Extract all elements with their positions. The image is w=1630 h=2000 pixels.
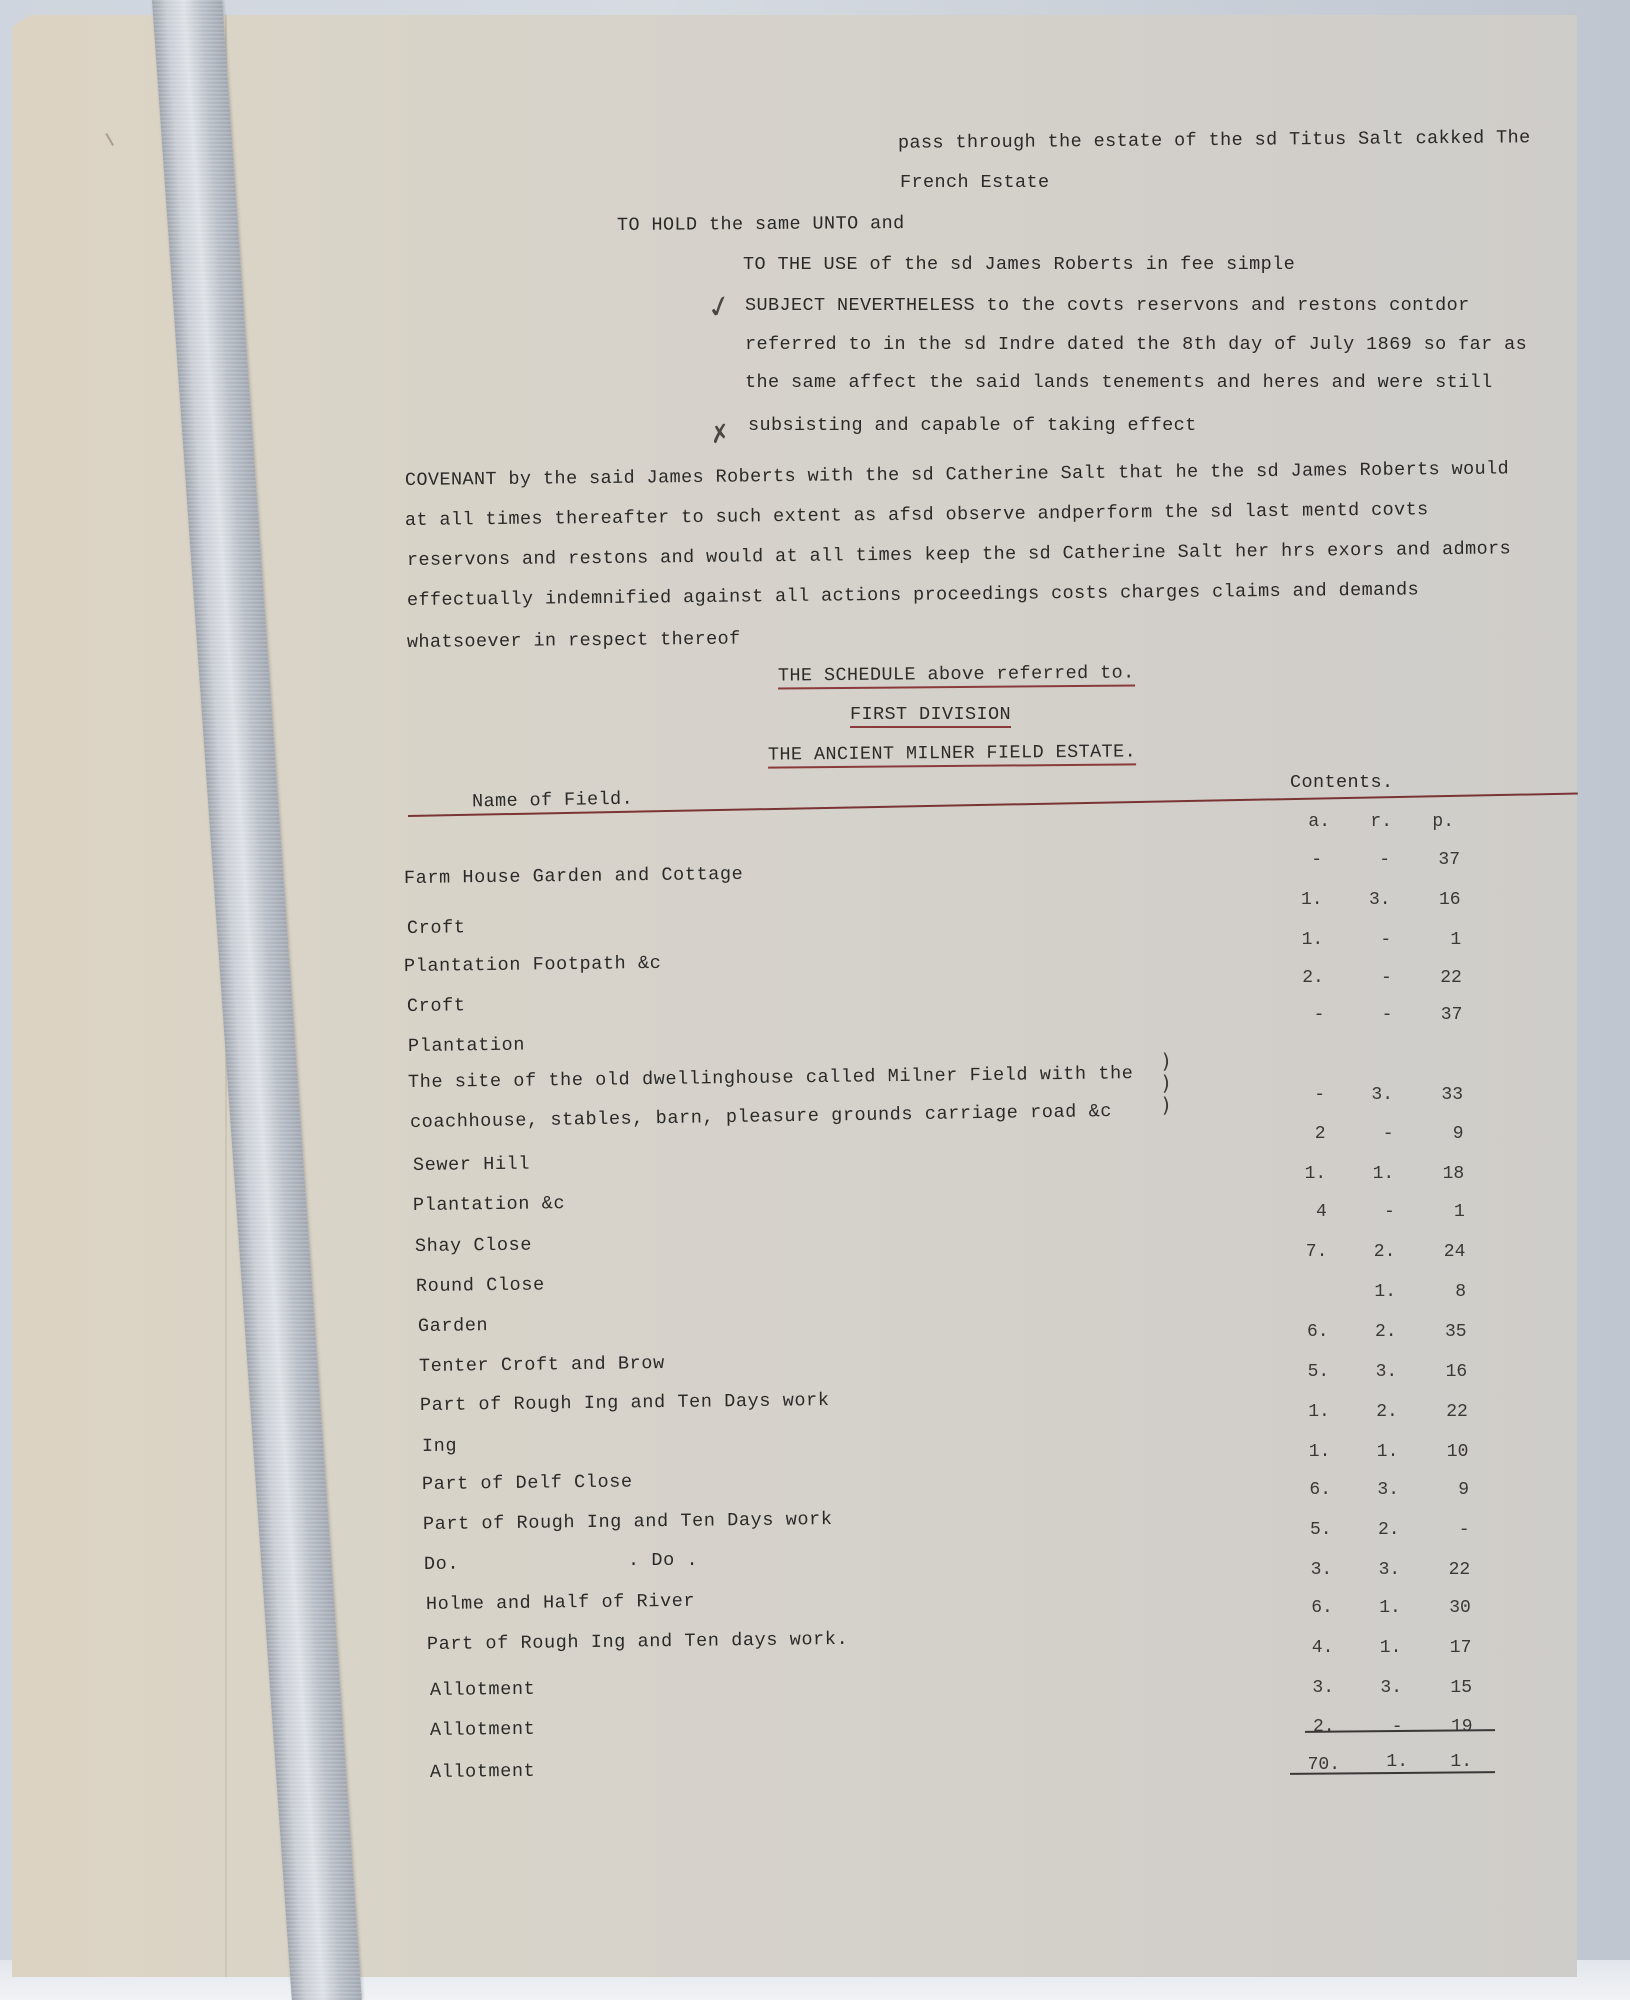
preamble-line-3: TO HOLD the same UNTO and — [617, 213, 905, 236]
contents-a: 6. — [1291, 1480, 1331, 1500]
field-name: Holme and Half of River — [426, 1591, 695, 1615]
contents-r: 1. — [1361, 1598, 1401, 1618]
contents-r: 1. — [1354, 1164, 1394, 1184]
contents-p: 37 — [1422, 1005, 1462, 1025]
field-name: Plantation — [408, 1035, 525, 1057]
division-heading: FIRST DIVISION — [850, 704, 1011, 728]
contents-a: 6. — [1293, 1598, 1333, 1618]
contents-a: 4 — [1287, 1202, 1327, 1222]
contents-r: 2. — [1355, 1242, 1395, 1262]
contents-p: 9 — [1429, 1480, 1469, 1500]
contents-r: 1. — [1356, 1282, 1396, 1302]
contents-p: 17 — [1431, 1638, 1471, 1658]
contents-p: 22 — [1422, 968, 1462, 988]
contents-p: 18 — [1424, 1164, 1464, 1184]
contents-r: - — [1354, 1124, 1394, 1144]
contents-p: - — [1430, 1520, 1470, 1540]
ditto-mark: . Do . — [628, 1550, 698, 1571]
contents-r: - — [1355, 1202, 1395, 1222]
contents-a: 2 — [1286, 1124, 1326, 1144]
contents-p: 8 — [1426, 1282, 1466, 1302]
contents-r: - — [1352, 1005, 1392, 1025]
contents-r: 1. — [1361, 1638, 1401, 1658]
contents-a: 5. — [1289, 1362, 1329, 1382]
contents-r: - — [1352, 968, 1392, 988]
contents-p: 9 — [1424, 1124, 1464, 1144]
total-roods: 1. — [1368, 1752, 1408, 1772]
contents-p: 22 — [1428, 1402, 1468, 1422]
contents-a: 1. — [1283, 930, 1323, 950]
field-name: Allotment — [430, 1679, 536, 1701]
name-of-field-header: Name of Field. — [472, 789, 633, 813]
covenant-line-5: whatsoever in respect thereof — [407, 629, 741, 653]
contents-p: 16 — [1421, 890, 1461, 910]
contents-header: Contents. — [1290, 772, 1394, 793]
preamble-line-7: the same affect the said lands tenements… — [745, 372, 1493, 393]
contents-p: 37 — [1420, 850, 1460, 870]
contents-r: 2. — [1358, 1402, 1398, 1422]
contents-p: 30 — [1431, 1598, 1471, 1618]
preamble-line-2: French Estate — [900, 172, 1050, 193]
contents-a: 3. — [1294, 1678, 1334, 1698]
schedule-heading: THE SCHEDULE above referred to. — [778, 662, 1135, 689]
contents-p: 16 — [1427, 1362, 1467, 1382]
contents-a: 7. — [1287, 1242, 1327, 1262]
contents-a: 2. — [1284, 968, 1324, 988]
contents-a: 6. — [1289, 1322, 1329, 1342]
field-name: Tenter Croft and Brow — [419, 1353, 665, 1377]
field-name: Do. — [424, 1554, 459, 1575]
contents-r: 2. — [1360, 1520, 1400, 1540]
contents-r: 1. — [1358, 1442, 1398, 1462]
contents-p: 15 — [1432, 1678, 1472, 1698]
contents-a: 1. — [1290, 1442, 1330, 1462]
contents-a: 5. — [1292, 1520, 1332, 1540]
preamble-line-8: subsisting and capable of taking effect — [748, 415, 1197, 436]
contents-a: - — [1285, 1085, 1325, 1105]
field-name: Farm House Garden and Cottage — [404, 864, 744, 889]
preamble-line-4: TO THE USE of the sd James Roberts in fe… — [743, 254, 1295, 275]
unit-acres: a. — [1290, 812, 1330, 832]
contents-r: - — [1363, 1717, 1403, 1737]
field-name: Plantation Footpath &c — [404, 953, 662, 977]
contents-p: 35 — [1427, 1322, 1467, 1342]
contents-r: 2. — [1357, 1322, 1397, 1342]
field-name: Croft — [407, 917, 466, 939]
contents-r: - — [1350, 850, 1390, 870]
contents-r: 3. — [1351, 890, 1391, 910]
contents-a: 1. — [1290, 1402, 1330, 1422]
contents-p: 19 — [1433, 1717, 1473, 1737]
contents-p: 1 — [1421, 930, 1461, 950]
preamble-line-6: referred to in the sd Indre dated the 8t… — [745, 334, 1527, 355]
contents-p: 10 — [1428, 1442, 1468, 1462]
field-name: Sewer Hill — [413, 1154, 530, 1176]
preamble-line-5: SUBJECT NEVERTHELESS to the covts reserv… — [745, 295, 1470, 316]
unit-roods: r. — [1352, 812, 1392, 832]
contents-r: 3. — [1360, 1560, 1400, 1580]
field-name: Croft — [407, 995, 466, 1017]
contents-p: 33 — [1423, 1085, 1463, 1105]
contents-p: 24 — [1425, 1242, 1465, 1262]
field-name: Garden — [418, 1315, 488, 1337]
field-name: Part of Delf Close — [422, 1471, 633, 1495]
contents-r: 3. — [1359, 1480, 1399, 1500]
contents-p: 22 — [1430, 1560, 1470, 1580]
contents-a: 1. — [1283, 890, 1323, 910]
contents-r: 3. — [1357, 1362, 1397, 1382]
contents-a: - — [1284, 1005, 1324, 1025]
field-name: Plantation &c — [413, 1193, 565, 1216]
brace-icon: ))) — [1162, 1050, 1170, 1116]
estate-heading: THE ANCIENT MILNER FIELD ESTATE. — [768, 741, 1136, 768]
field-name: Allotment — [430, 1719, 536, 1741]
contents-p: 1 — [1425, 1202, 1465, 1222]
contents-a: 1. — [1286, 1164, 1326, 1184]
field-name: Shay Close — [415, 1235, 532, 1257]
contents-a: 3. — [1292, 1560, 1332, 1580]
contents-a: - — [1282, 850, 1322, 870]
field-name: Allotment — [430, 1761, 536, 1783]
field-name: Ing — [422, 1436, 457, 1457]
contents-r: 3. — [1362, 1678, 1402, 1698]
contents-a: 4. — [1293, 1638, 1333, 1658]
contents-r: - — [1351, 930, 1391, 950]
total-perches: 1. — [1432, 1752, 1472, 1772]
unit-perches: p. — [1414, 812, 1454, 832]
contents-a: 2. — [1295, 1717, 1335, 1737]
field-name: Round Close — [416, 1274, 545, 1297]
contents-r: 3. — [1353, 1085, 1393, 1105]
